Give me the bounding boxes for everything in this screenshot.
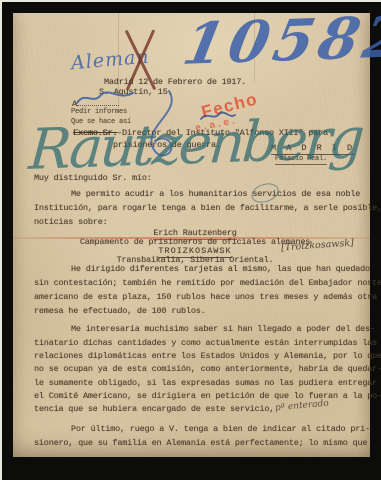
body-line: noticias sobre:	[34, 217, 108, 227]
body-line: no se ocupan ya de esta comisión, como a…	[34, 364, 381, 374]
body-line: sin contestación; también he remitido po…	[34, 278, 381, 288]
signature-rautzenberg: Rautzenberg	[27, 111, 363, 179]
body-line: relaciones diplomáticas entre los Estado…	[34, 351, 381, 361]
body-line: tinatario dichas cantidades y como actua…	[34, 338, 377, 348]
body-line: He dirigido diferentes tarjetas al mismo…	[71, 264, 370, 274]
body-line: Me permito acudir a los humanitarios ser…	[71, 189, 360, 199]
body-line: le sumamente obligado, si las expresadas…	[34, 378, 377, 388]
date-line: Madrid 12 de Febrero de 1917.	[104, 77, 246, 87]
body-line: Por último, ruego a V. tenga a bien de i…	[71, 424, 370, 434]
body-line: Me interesaría muchísimo saber si han ll…	[71, 324, 375, 334]
body-line: el Comité Americano, se dirigiera en pet…	[34, 391, 381, 401]
salutation: Muy distinguido Sr. mío:	[34, 173, 152, 183]
letter-page: Aleman 10582 Madrid 12 de Febrero de 191…	[13, 13, 370, 457]
ink-scribble	[75, 89, 137, 109]
body-line: tencia que se hubiera encargado de este …	[34, 404, 274, 414]
body-line: sionero, que su familia en Alemania está…	[34, 438, 367, 448]
body-line: Institución, para rogarle tenga a bien d…	[34, 203, 381, 213]
body-line: americano de esta plaza, 150 rublos hace…	[34, 292, 377, 302]
body-line: remesa he efectuado, de 100 rublos.	[34, 306, 206, 316]
file-number: 10582	[179, 11, 381, 71]
